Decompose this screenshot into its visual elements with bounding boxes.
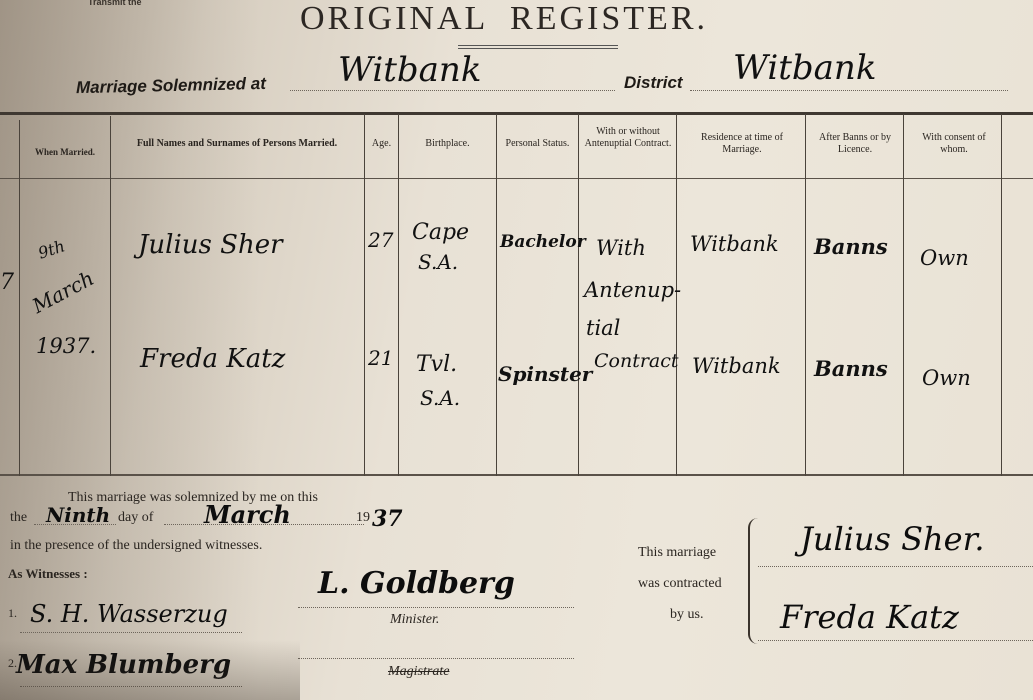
magistrate-line [298,658,574,659]
groom-banns: Banns [814,234,888,259]
minister-line [298,607,574,608]
contracted-line-1: This marriage [638,545,716,561]
title-rule [458,45,618,49]
bride-consent: Own [922,366,971,390]
witness-1-line [20,632,242,633]
col-divider [19,120,20,476]
magistrate-label: Magistrate [388,664,449,680]
witness-1-number: 1. [8,606,17,621]
brace [748,518,762,644]
table-bottom-rule [0,474,1033,476]
bride-residence: Witbank [692,354,781,378]
col-divider [903,114,904,476]
minister-signature: L. Goldberg [318,566,515,601]
solemnized-at-label: Marriage Solemnized at [76,74,266,98]
day-value: Ninth [46,503,110,527]
when-married-year: 1937. [36,334,96,358]
register-table: When Married. Full Names and Surnames of… [0,112,1033,480]
bride-status: Spinster [498,362,592,386]
month-value: March [204,500,291,529]
day-of-label: day of [118,510,153,526]
year-prefix: 19 [356,510,370,526]
district-label: District [624,73,683,93]
contracted-line-3: by us. [670,607,703,623]
page-title: ORIGINAL REGISTER. [300,0,708,38]
groom-birthplace-1: Cape [412,220,469,245]
contract-line-3: tial [586,316,620,340]
solemnized-at-line [290,90,615,91]
bride-name: Freda Katz [140,344,285,374]
col-divider [398,114,399,476]
witness-2-signature: Max Blumberg [16,650,231,680]
party-2-signature: Freda Katz [780,598,959,636]
col-header-contract: With or without Antenuptial Contract. [582,126,674,150]
witnesses-label: As Witnesses : [8,566,88,582]
contracted-line-2: was contracted [638,576,722,592]
col-divider [110,116,111,476]
minister-label: Minister. [390,612,439,628]
col-header-consent: With consent of whom. [908,132,1000,156]
groom-residence: Witbank [690,232,779,256]
bride-birthplace-2: S.A. [420,386,460,410]
groom-consent: Own [920,246,969,270]
party-2-line [758,640,1033,641]
year-value: 37 [372,506,403,532]
bride-birthplace-1: Tvl. [416,352,457,377]
col-header-age: Age. [365,138,398,150]
table-top-rule [0,112,1033,115]
witness-1-signature: S. H. Wasserzug [30,600,228,628]
witness-2-line [20,686,242,687]
party-1-line [758,566,1033,567]
header-bottom-rule [0,178,1033,179]
entry-row-number: 7 [0,270,14,295]
col-header-residence: Residence at time of Marriage. [690,132,794,156]
contract-line-2: Antenup- [584,278,681,302]
when-married-day: 9th [36,236,67,262]
party-1-signature: Julius Sher. [800,520,985,558]
col-header-banns: After Banns or by Licence. [810,132,900,156]
top-note: Transmit the [88,0,142,7]
col-divider [496,114,497,476]
bride-banns: Banns [814,356,888,381]
col-divider [364,114,365,476]
contract-line-4: Contract [594,350,679,372]
bride-age: 21 [368,346,393,370]
groom-age: 27 [368,228,393,252]
the-label: the [10,510,27,526]
col-header-birthplace: Birthplace. [399,138,496,150]
col-header-status: Personal Status. [497,138,578,150]
contract-line-1: With [596,236,646,260]
solemnized-at-value: Witbank [338,50,481,90]
presence-statement: in the presence of the undersigned witne… [10,538,262,554]
district-value: Witbank [733,48,876,88]
groom-birthplace-2: S.A. [418,250,458,274]
col-header-when-married: When Married. [20,146,110,158]
col-divider [805,114,806,476]
col-divider [578,114,579,476]
col-divider [1001,114,1002,476]
district-line [690,90,1008,91]
groom-status: Bachelor [500,232,586,252]
when-married-month: March [28,266,98,318]
groom-name: Julius Sher [138,230,283,260]
col-header-names: Full Names and Surnames of Persons Marri… [112,138,362,150]
